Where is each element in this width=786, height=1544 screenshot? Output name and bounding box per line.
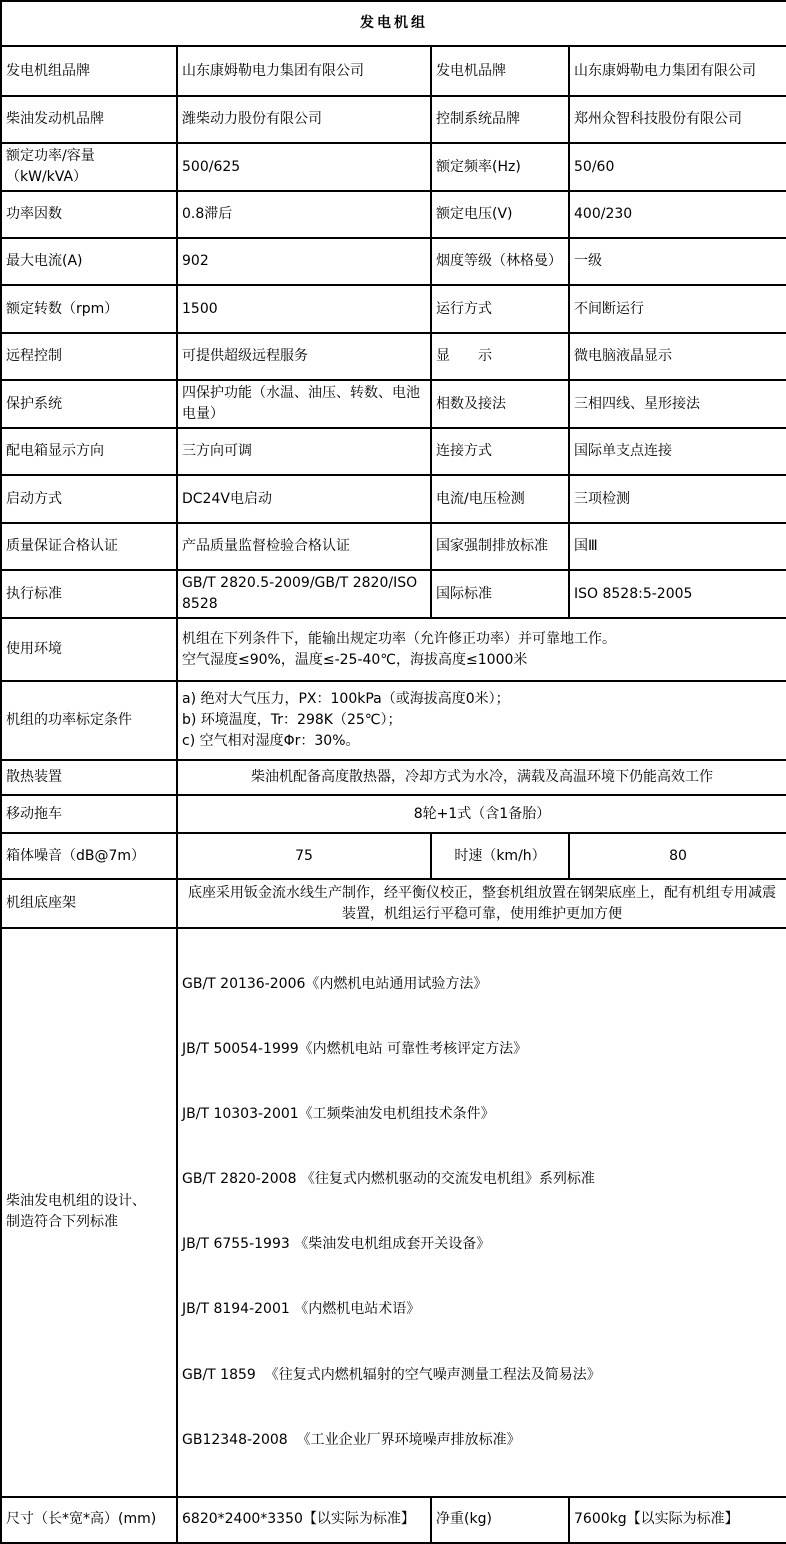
table-row: 箱体噪音（dB@7m） 75 时速（km/h） 80 xyxy=(1,833,786,879)
spec-label: 额定转数（rpm） xyxy=(1,285,177,333)
spec-label: 国际标准 xyxy=(431,570,569,618)
spec-value: 潍柴动力股份有限公司 xyxy=(177,96,431,143)
spec-label: 使用环境 xyxy=(1,618,177,681)
spec-value: 50/60 xyxy=(569,143,786,191)
spec-value: 柴油机配备高度散热器，冷却方式为水冷，满载及高温环境下仍能高效工作 xyxy=(177,760,786,795)
spec-label: 运行方式 xyxy=(431,285,569,333)
spec-value: 8轮+1式（含1备胎） xyxy=(177,795,786,833)
table-row: 保护系统 四保护功能（水温、油压、转数、电池电量） 相数及接法 三相四线、星形接… xyxy=(1,380,786,428)
spec-value: 产品质量监督检验合格认证 xyxy=(177,523,431,570)
spec-value: 机组在下列条件下，能输出规定功率（允许修正功率）并可靠地工作。 空气湿度≤90%… xyxy=(177,618,786,681)
standards-line: GB/T 1859 《往复式内燃机辐射的空气噪声测量工程法及简易法》 xyxy=(182,1364,782,1387)
standards-line: GB/T 20136-2006《内燃机电站通用试验方法》 xyxy=(182,973,782,996)
table-row: 机组的功率标定条件 a) 绝对大气压力，PX：100kPa（或海拔高度0米）； … xyxy=(1,681,786,760)
spec-label: 最大电流(A) xyxy=(1,238,177,285)
table-row: 尺寸（长*宽*高）(mm) 6820*2400*3350【以实际为标准】 净重(… xyxy=(1,1497,786,1543)
table-row: 启动方式 DC24V电启动 电流/电压检测 三项检测 xyxy=(1,475,786,523)
spec-label: 执行标准 xyxy=(1,570,177,618)
spec-label: 额定频率(Hz) xyxy=(431,143,569,191)
spec-label: 启动方式 xyxy=(1,475,177,523)
spec-value: 不间断运行 xyxy=(569,285,786,333)
standards-line: GB/T 2820-2008 《往复式内燃机驱动的交流发电机组》系列标准 xyxy=(182,1168,782,1191)
page-title: 发电机组 xyxy=(1,1,786,46)
spec-label: 质量保证合格认证 xyxy=(1,523,177,570)
table-row: 额定转数（rpm） 1500 运行方式 不间断运行 xyxy=(1,285,786,333)
spec-value: 7600kg【以实际为标准】 xyxy=(569,1497,786,1543)
table-row: 质量保证合格认证 产品质量监督检验合格认证 国家强制排放标准 国Ⅲ xyxy=(1,523,786,570)
spec-label: 移动拖车 xyxy=(1,795,177,833)
spec-label: 额定电压(V) xyxy=(431,191,569,238)
spec-value: 可提供超级远程服务 xyxy=(177,333,431,380)
spec-value: 500/625 xyxy=(177,143,431,191)
spec-label: 发电机组品牌 xyxy=(1,46,177,96)
standards-line: JB/T 10303-2001《工频柴油发电机组技术条件》 xyxy=(182,1103,782,1126)
spec-label: 连接方式 xyxy=(431,428,569,475)
spec-value: 山东康姆勒电力集团有限公司 xyxy=(177,46,431,96)
spec-label: 相数及接法 xyxy=(431,380,569,428)
spec-value: 微电脑液晶显示 xyxy=(569,333,786,380)
spec-label: 配电箱显示方向 xyxy=(1,428,177,475)
spec-value: 400/230 xyxy=(569,191,786,238)
spec-value: 四保护功能（水温、油压、转数、电池电量） xyxy=(177,380,431,428)
standards-list: GB/T 20136-2006《内燃机电站通用试验方法》 JB/T 50054-… xyxy=(177,928,786,1497)
spec-label: 发电机品牌 xyxy=(431,46,569,96)
standards-line: JB/T 6755-1993 《柴油发电机组成套开关设备》 xyxy=(182,1233,782,1256)
table-row: 功率因数 0.8滞后 额定电压(V) 400/230 xyxy=(1,191,786,238)
spec-label: 保护系统 xyxy=(1,380,177,428)
spec-label: 控制系统品牌 xyxy=(431,96,569,143)
spec-value: 三方向可调 xyxy=(177,428,431,475)
table-row: 柴油发电机组的设计、 制造符合下列标准 GB/T 20136-2006《内燃机电… xyxy=(1,928,786,1497)
spec-table: 发电机组 发电机组品牌 山东康姆勒电力集团有限公司 发电机品牌 山东康姆勒电力集… xyxy=(0,0,786,1544)
spec-label: 箱体噪音（dB@7m） xyxy=(1,833,177,879)
table-row: 远程控制 可提供超级远程服务 显 示 微电脑液晶显示 xyxy=(1,333,786,380)
table-row: 柴油发动机品牌 潍柴动力股份有限公司 控制系统品牌 郑州众智科技股份有限公司 xyxy=(1,96,786,143)
table-row: 最大电流(A) 902 烟度等级（林格曼） 一级 xyxy=(1,238,786,285)
spec-label: 散热装置 xyxy=(1,760,177,795)
spec-value: 902 xyxy=(177,238,431,285)
spec-value: 1500 xyxy=(177,285,431,333)
table-row: 执行标准 GB/T 2820.5-2009/GB/T 2820/ISO 8528… xyxy=(1,570,786,618)
spec-label: 机组底座架 xyxy=(1,879,177,928)
standards-line: JB/T 50054-1999《内燃机电站 可靠性考核评定方法》 xyxy=(182,1038,782,1061)
spec-value: GB/T 2820.5-2009/GB/T 2820/ISO 8528 xyxy=(177,570,431,618)
title-row: 发电机组 xyxy=(1,1,786,46)
table-row: 移动拖车 8轮+1式（含1备胎） xyxy=(1,795,786,833)
spec-value: 国Ⅲ xyxy=(569,523,786,570)
spec-label: 国家强制排放标准 xyxy=(431,523,569,570)
spec-label: 远程控制 xyxy=(1,333,177,380)
spec-value: 三项检测 xyxy=(569,475,786,523)
table-row: 使用环境 机组在下列条件下，能输出规定功率（允许修正功率）并可靠地工作。 空气湿… xyxy=(1,618,786,681)
spec-value: 75 xyxy=(177,833,431,879)
spec-value: 山东康姆勒电力集团有限公司 xyxy=(569,46,786,96)
table-row: 机组底座架 底座采用钣金流水线生产制作，经平衡仪校正，整套机组放置在钢架底座上，… xyxy=(1,879,786,928)
table-row: 发电机组品牌 山东康姆勒电力集团有限公司 发电机品牌 山东康姆勒电力集团有限公司 xyxy=(1,46,786,96)
spec-label: 显 示 xyxy=(431,333,569,380)
spec-label: 时速（km/h） xyxy=(431,833,569,879)
spec-label: 净重(kg) xyxy=(431,1497,569,1543)
standards-line: GB12348-2008 《工业企业厂界环境噪声排放标准》 xyxy=(182,1429,782,1452)
spec-label: 尺寸（长*宽*高）(mm) xyxy=(1,1497,177,1543)
spec-label: 机组的功率标定条件 xyxy=(1,681,177,760)
standards-line: JB/T 8194-2001 《内燃机电站术语》 xyxy=(182,1298,782,1321)
spec-value: 80 xyxy=(569,833,786,879)
spec-value: a) 绝对大气压力，PX：100kPa（或海拔高度0米）； b) 环境温度，Tr… xyxy=(177,681,786,760)
spec-value: 一级 xyxy=(569,238,786,285)
table-row: 配电箱显示方向 三方向可调 连接方式 国际单支点连接 xyxy=(1,428,786,475)
spec-label: 柴油发电机组的设计、 制造符合下列标准 xyxy=(1,928,177,1497)
spec-value: 6820*2400*3350【以实际为标准】 xyxy=(177,1497,431,1543)
spec-value: 底座采用钣金流水线生产制作，经平衡仪校正，整套机组放置在钢架底座上，配有机组专用… xyxy=(177,879,786,928)
spec-value: 0.8滞后 xyxy=(177,191,431,238)
table-row: 额定功率/容量 （kW/kVA） 500/625 额定频率(Hz) 50/60 xyxy=(1,143,786,191)
spec-value: 三相四线、星形接法 xyxy=(569,380,786,428)
spec-label: 柴油发动机品牌 xyxy=(1,96,177,143)
spec-label: 额定功率/容量 （kW/kVA） xyxy=(1,143,177,191)
spec-label: 功率因数 xyxy=(1,191,177,238)
spec-value: DC24V电启动 xyxy=(177,475,431,523)
table-row: 散热装置 柴油机配备高度散热器，冷却方式为水冷，满载及高温环境下仍能高效工作 xyxy=(1,760,786,795)
spec-value: 国际单支点连接 xyxy=(569,428,786,475)
spec-label: 烟度等级（林格曼） xyxy=(431,238,569,285)
spec-value: 郑州众智科技股份有限公司 xyxy=(569,96,786,143)
spec-value: ISO 8528:5-2005 xyxy=(569,570,786,618)
spec-label: 电流/电压检测 xyxy=(431,475,569,523)
